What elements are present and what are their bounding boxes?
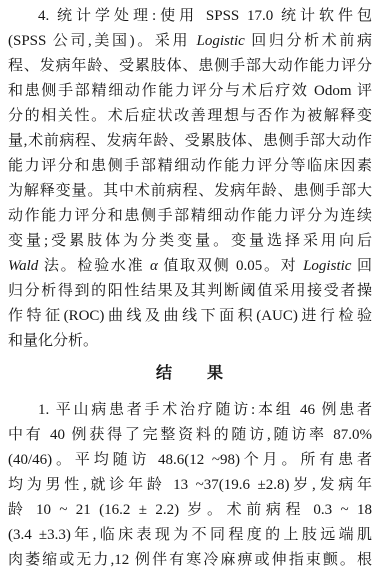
text-line: 和量化分析。 [8, 329, 372, 354]
text-run: 分的相关性。术后症状改善理想与否作为被解释变 [8, 108, 372, 124]
text-run: (3.4 ±3.3)年,临床表现为不同程度的上肢远端肌 [8, 527, 372, 543]
text-run: 回归分析术前病 [245, 33, 372, 49]
text-run: 值取双侧 0.05。对 [158, 258, 303, 274]
text-line: 归分析得到的阳性结果及其判断阈值采用接受者操 [8, 279, 372, 304]
text-line: 龄 10 ~ 21 (16.2 ± 2.2) 岁。术前病程 0.3 ~ 18 [8, 498, 372, 523]
text-run: 和量化分析。 [8, 333, 98, 349]
text-line: 和患侧手部精细动作能力评分与术后疗效 Odom 评 [8, 79, 372, 104]
text-line: 变量;受累肢体为分类变量。变量选择采用向后 [8, 229, 372, 254]
text-run: 能力评分和患侧手部精细动作能力评分等临床因素 [8, 158, 372, 174]
text-run: 变量;受累肢体为分类变量。变量选择采用向后 [8, 233, 372, 249]
text-line: 程、发病年龄、受累肢体、患侧手部大动作能力评分 [8, 54, 372, 79]
text-line: 分的相关性。术后症状改善理想与否作为被解释变 [8, 104, 372, 129]
text-run: 和患侧手部精细动作能力评分与术后疗效 Odom 评 [8, 83, 372, 99]
text-line: 均为男性,就诊年龄 13 ~37(19.6 ±2.8)岁,发病年 [8, 473, 372, 498]
italic-term: Wald [8, 258, 38, 274]
text-line: Wald 法。检验水准 α 值取双侧 0.05。对 Logistic 回 [8, 254, 372, 279]
results-heading: 结 果 [8, 362, 372, 386]
text-line: 4. 统计学处理:使用 SPSS 17.0 统计软件包 [8, 4, 372, 29]
text-run: 龄 10 ~ 21 (16.2 ± 2.2) 岁。术前病程 0.3 ~ 18 [8, 502, 372, 518]
text-run: 1. 平山病患者手术治疗随访:本组 46 例患者 [38, 402, 372, 418]
italic-term: Logistic [303, 258, 351, 274]
text-line: (SPSS 公司,美国)。采用 Logistic 回归分析术前病 [8, 29, 372, 54]
text-run: 法。检验水准 [38, 258, 150, 274]
text-run: 回 [351, 258, 372, 274]
text-line: (3.4 ±3.3)年,临床表现为不同程度的上肢远端肌 [8, 523, 372, 548]
text-run: 4. 统计学处理:使用 SPSS 17.0 统计软件包 [38, 8, 372, 24]
text-run: 作特征(ROC)曲线及曲线下面积(AUC)进行检验 [8, 308, 372, 324]
text-run: 肉萎缩或无力,12 例伴有寒冷麻痹或伸指束颤。根 [8, 552, 372, 568]
text-run: 量,术前病程、发病年龄、受累肢体、患侧手部大动作 [8, 133, 372, 149]
text-run: (SPSS 公司,美国)。采用 [8, 33, 197, 49]
italic-term: α [150, 258, 158, 274]
text-run: 归分析得到的阳性结果及其判断阈值采用接受者操 [8, 283, 372, 299]
text-line: (40/46)。平均随访 48.6(12 ~98)个月。所有患者 [8, 448, 372, 473]
text-line: 作特征(ROC)曲线及曲线下面积(AUC)进行检验 [8, 304, 372, 329]
text-line: 1. 平山病患者手术治疗随访:本组 46 例患者 [8, 398, 372, 423]
document-body: 4. 统计学处理:使用 SPSS 17.0 统计软件包(SPSS 公司,美国)。… [8, 4, 372, 570]
text-run: (40/46)。平均随访 48.6(12 ~98)个月。所有患者 [8, 452, 372, 468]
text-run: 均为男性,就诊年龄 13 ~37(19.6 ±2.8)岁,发病年 [8, 477, 372, 493]
text-run: 动作能力评分和患侧手部精细动作能力评分为连续 [8, 208, 372, 224]
text-line: 为解释变量。其中术前病程、发病年龄、患侧手部大 [8, 179, 372, 204]
text-line: 量,术前病程、发病年龄、受累肢体、患侧手部大动作 [8, 129, 372, 154]
text-line: 动作能力评分和患侧手部精细动作能力评分为连续 [8, 204, 372, 229]
text-line: 能力评分和患侧手部精细动作能力评分等临床因素 [8, 154, 372, 179]
text-line: 中有 40 例获得了完整资料的随访,随访率 87.0% [8, 423, 372, 448]
text-run: 程、发病年龄、受累肢体、患侧手部大动作能力评分 [8, 58, 372, 74]
italic-term: Logistic [197, 33, 245, 49]
text-run: 为解释变量。其中术前病程、发病年龄、患侧手部大 [8, 183, 372, 199]
text-line: 肉萎缩或无力,12 例伴有寒冷麻痹或伸指束颤。根 [8, 548, 372, 570]
journal-page: 4. 统计学处理:使用 SPSS 17.0 统计软件包(SPSS 公司,美国)。… [0, 0, 380, 570]
text-run: 中有 40 例获得了完整资料的随访,随访率 87.0% [8, 427, 372, 443]
